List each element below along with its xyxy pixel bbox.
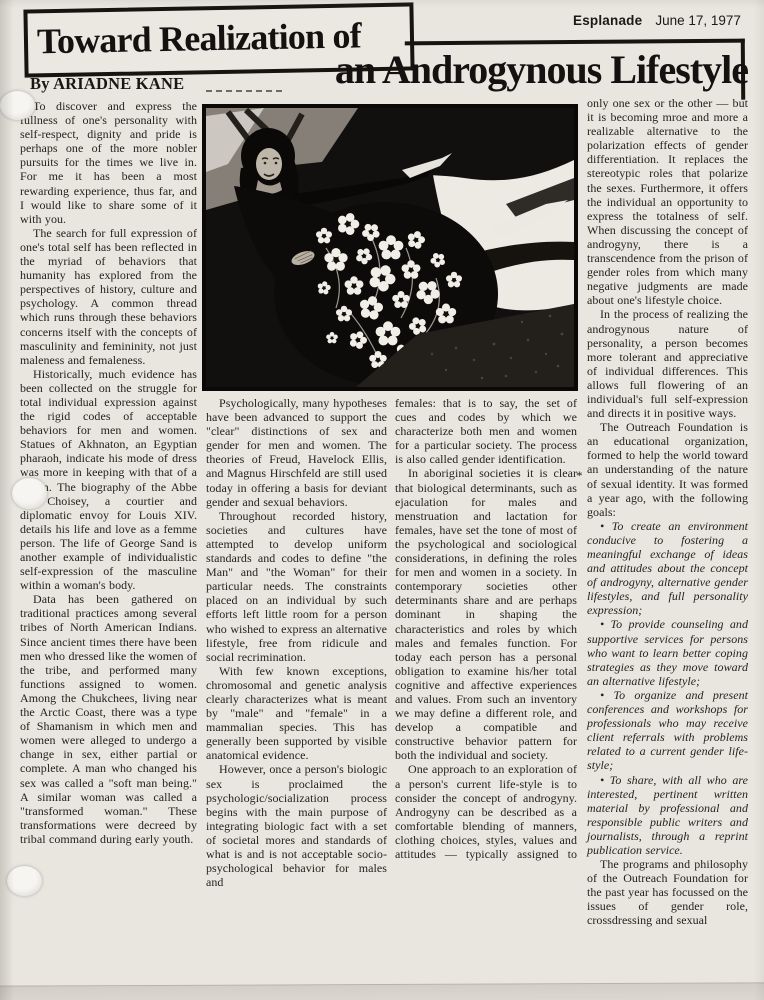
paragraph: However, once a person's biologic sex is…	[206, 762, 387, 889]
paragraph: females: that is to say, the set of cues…	[395, 396, 577, 466]
article-photo	[202, 104, 578, 391]
issue-date: June 17, 1977	[655, 13, 741, 28]
photo-illustration	[206, 108, 574, 387]
paragraph: The search for full expression of one's …	[20, 226, 197, 367]
newspaper-clipping-page: EsplanadeJune 17, 1977 Toward Realizatio…	[0, 0, 764, 1000]
goal-bullet: • To create an environment conducive to …	[587, 519, 748, 618]
white-blot	[0, 91, 35, 120]
publication-name: Esplanade	[573, 13, 642, 28]
paragraph: Data has been gathered on traditional pr…	[20, 592, 197, 846]
paragraph: In aboriginal societies it is clear that…	[395, 466, 577, 762]
goal-bullet: • To share, with all who are interested,…	[587, 773, 748, 858]
goal-bullet: • To provide counseling and supportive s…	[587, 617, 748, 687]
column-3: females: that is to say, the set of cues…	[395, 396, 577, 861]
paragraph: only one sex or the other — but it is be…	[587, 96, 748, 307]
margin-asterisk: *	[576, 468, 583, 484]
column-2: Psychologically, many hypotheses have be…	[206, 396, 387, 889]
column-1: To discover and express the fullness of …	[20, 99, 197, 846]
paragraph: The Outreach Foundation is an educationa…	[587, 420, 748, 519]
paragraph: Throughout recorded history, societies a…	[206, 509, 387, 664]
paragraph: Historically, much evidence has been col…	[20, 367, 197, 593]
white-blot	[7, 866, 42, 896]
paragraph: Psychologically, many hypotheses have be…	[206, 396, 387, 509]
column-4: only one sex or the other — but it is be…	[587, 96, 748, 928]
masthead: EsplanadeJune 17, 1977	[573, 13, 741, 28]
white-blot	[12, 478, 47, 509]
paragraph: In the process of realizing the androgyn…	[587, 307, 748, 420]
paragraph: One approach to an exploration of a pers…	[395, 762, 577, 861]
paragraph: To discover and express the fullness of …	[20, 99, 197, 226]
goal-bullet: • To organize and present conferences an…	[587, 688, 748, 773]
byline: By ARIADNE KANE	[30, 74, 184, 94]
paragraph: The programs and philosophy of the Outre…	[587, 857, 748, 927]
headline-line2: an Androgynous Lifestyle	[268, 46, 748, 93]
paper-edge	[0, 982, 764, 1000]
paragraph: With few known exceptions, chromosomal a…	[206, 664, 387, 763]
